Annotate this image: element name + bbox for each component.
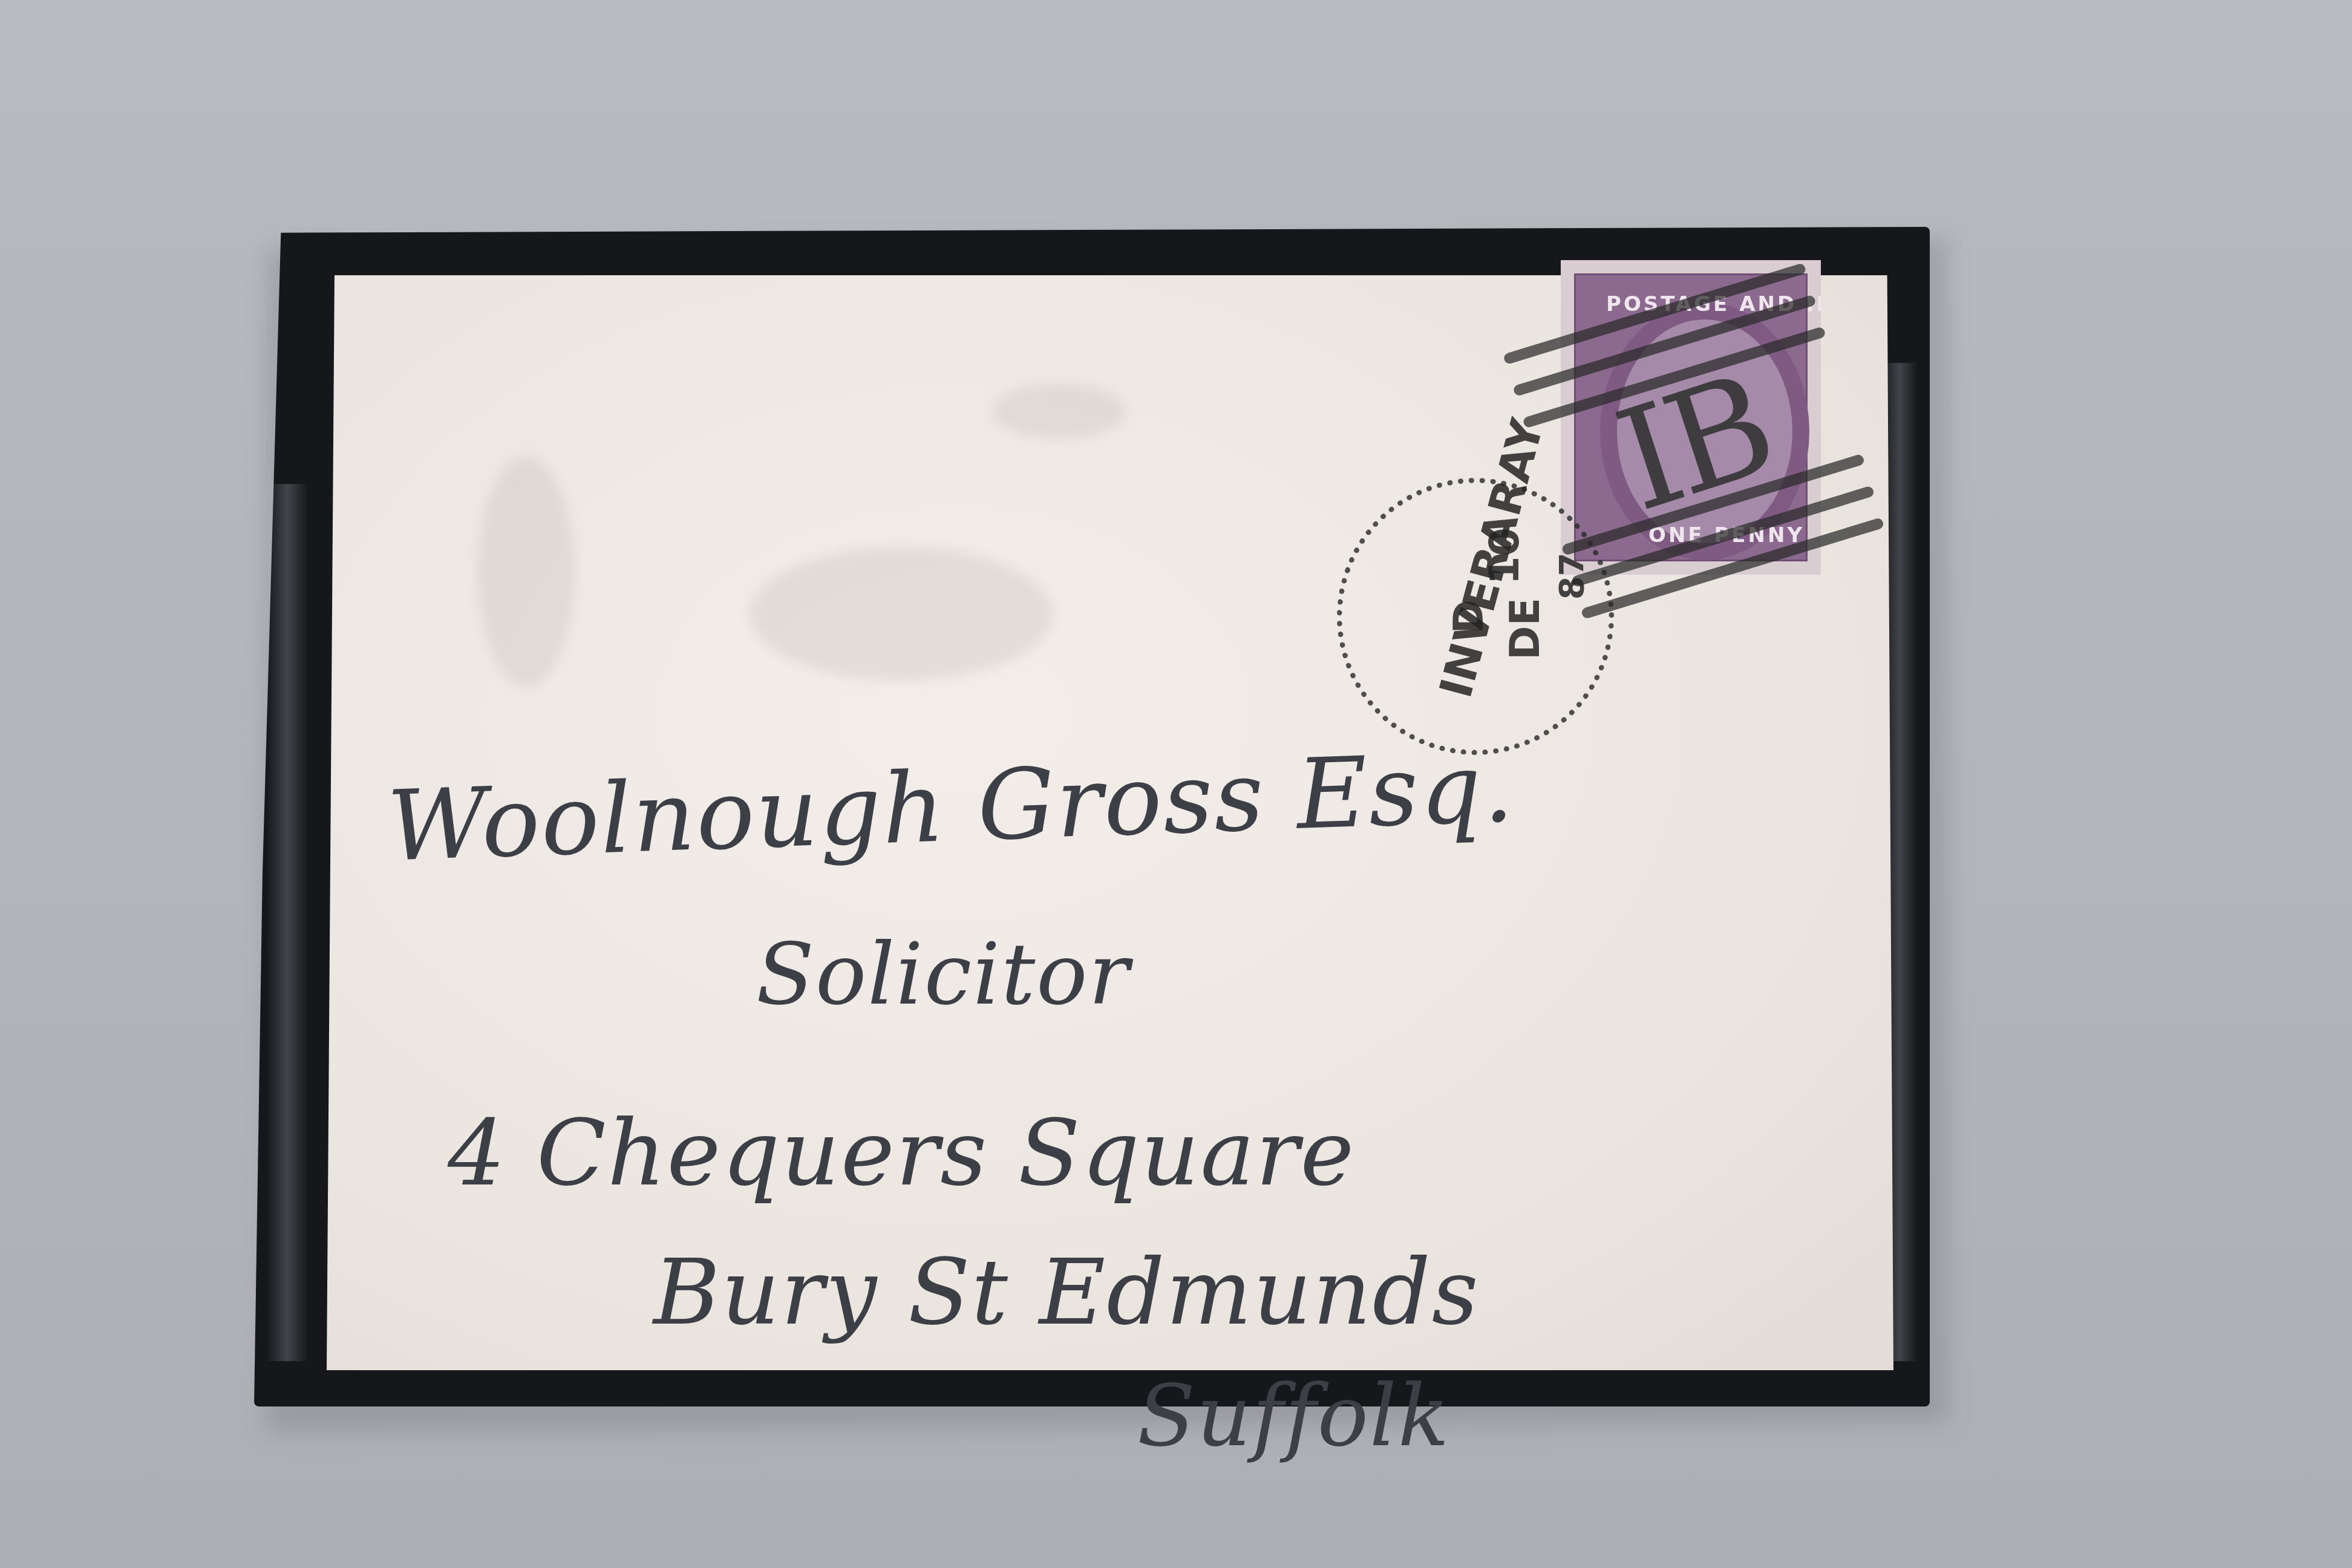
address-street: 4 Chequers Square: [448, 1101, 1355, 1206]
stain: [478, 457, 575, 687]
ink-offset: [992, 384, 1125, 439]
address-town: Bury St Edmunds: [653, 1240, 1480, 1345]
postmark-year: 87: [1552, 553, 1592, 600]
postmark-code: D: [1445, 599, 1493, 633]
address-title: Solicitor: [756, 926, 1130, 1024]
postmark-day: 10: [1481, 528, 1529, 585]
address-county: Suffolk: [1137, 1367, 1451, 1466]
border-gloss-left: [266, 484, 309, 1361]
postmark-month: DE: [1501, 598, 1549, 660]
ink-offset: [750, 547, 1053, 681]
